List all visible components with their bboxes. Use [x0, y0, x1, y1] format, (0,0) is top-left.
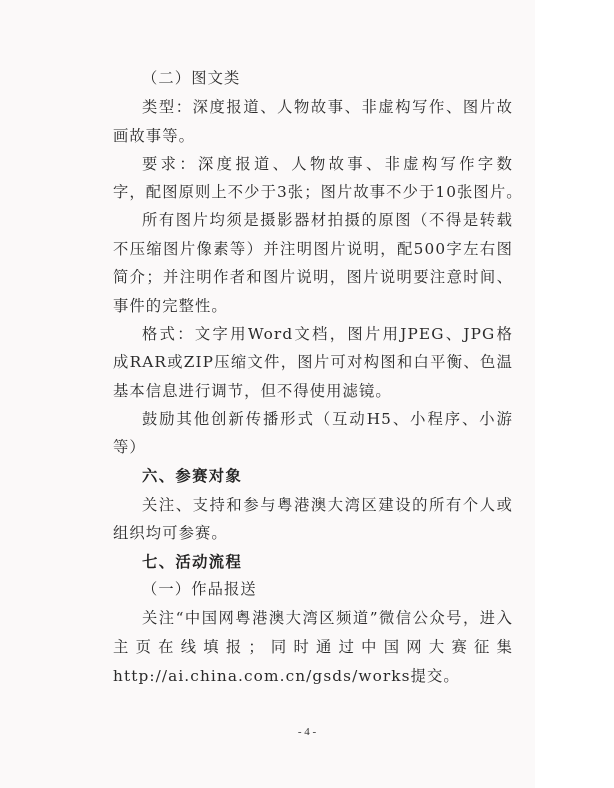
- paragraph-format-cont-2: 基本信息进行调节，但不得使用滤镜。: [113, 381, 513, 401]
- subsection-heading-submission: （一）作品报送: [142, 579, 513, 599]
- paragraph-types-cont: 画故事等。: [113, 126, 513, 146]
- paragraph-innovation-cont: 等）: [113, 437, 513, 457]
- section-heading-graphic-text: （二）图文类: [142, 68, 513, 88]
- paragraph-submission-url: http://ai.china.com.cn/gsds/works提交。: [113, 666, 513, 686]
- paragraph-photos-cont-2: 简介；并注明作者和图片说明，图片说明要注意时间、地点、: [113, 267, 513, 287]
- paragraph-submission: 关注“中国网粤港澳大湾区频道”微信公众号，进入大赛: [142, 608, 513, 628]
- paragraph-requirements-cont: 字，配图原则上不少于3张；图片故事不少于10张图片。: [113, 182, 513, 202]
- paragraph-requirements: 要求：深度报道、人物故事、非虚构写作字数2000-5000: [142, 154, 513, 174]
- paragraph-submission-cont-1: 主 页 在 线 填 报 ； 同 时 通 过 中 国 网 大 赛 征 集 系 统 …: [113, 637, 513, 657]
- paragraph-participants-cont: 组织均可参赛。: [113, 523, 513, 543]
- section-heading-process: 七、活动流程: [142, 552, 513, 572]
- paragraph-format: 格式：文字用Word文档，图片用JPEG、JPG格式，打包形: [142, 324, 513, 344]
- page-number: - 4 -: [290, 726, 324, 738]
- paragraph-format-cont-1: 成RAR或ZIP压缩文件，图片可对构图和白平衡、色温色调等: [113, 352, 513, 372]
- section-heading-participants: 六、参赛对象: [142, 466, 513, 486]
- paragraph-types: 类型：深度报道、人物故事、非虚构写作、图片故事、漫: [142, 97, 513, 117]
- paragraph-photos-cont-3: 事件的完整性。: [113, 296, 513, 316]
- paragraph-photos: 所有图片均须是摄影器材拍摄的原图（不得是转载图片，: [142, 210, 513, 230]
- document-page: （二）图文类 类型：深度报道、人物故事、非虚构写作、图片故事、漫 画故事等。 要…: [0, 0, 614, 788]
- paragraph-photos-cont-1: 不压缩图片像素等）并注明图片说明，配500字左右图片故事: [113, 239, 513, 259]
- paragraph-innovation: 鼓励其他创新传播形式（互动H5、小程序、小游戏、VR: [142, 409, 513, 429]
- paragraph-participants: 关注、支持和参与粤港澳大湾区建设的所有个人或团体、: [142, 495, 513, 515]
